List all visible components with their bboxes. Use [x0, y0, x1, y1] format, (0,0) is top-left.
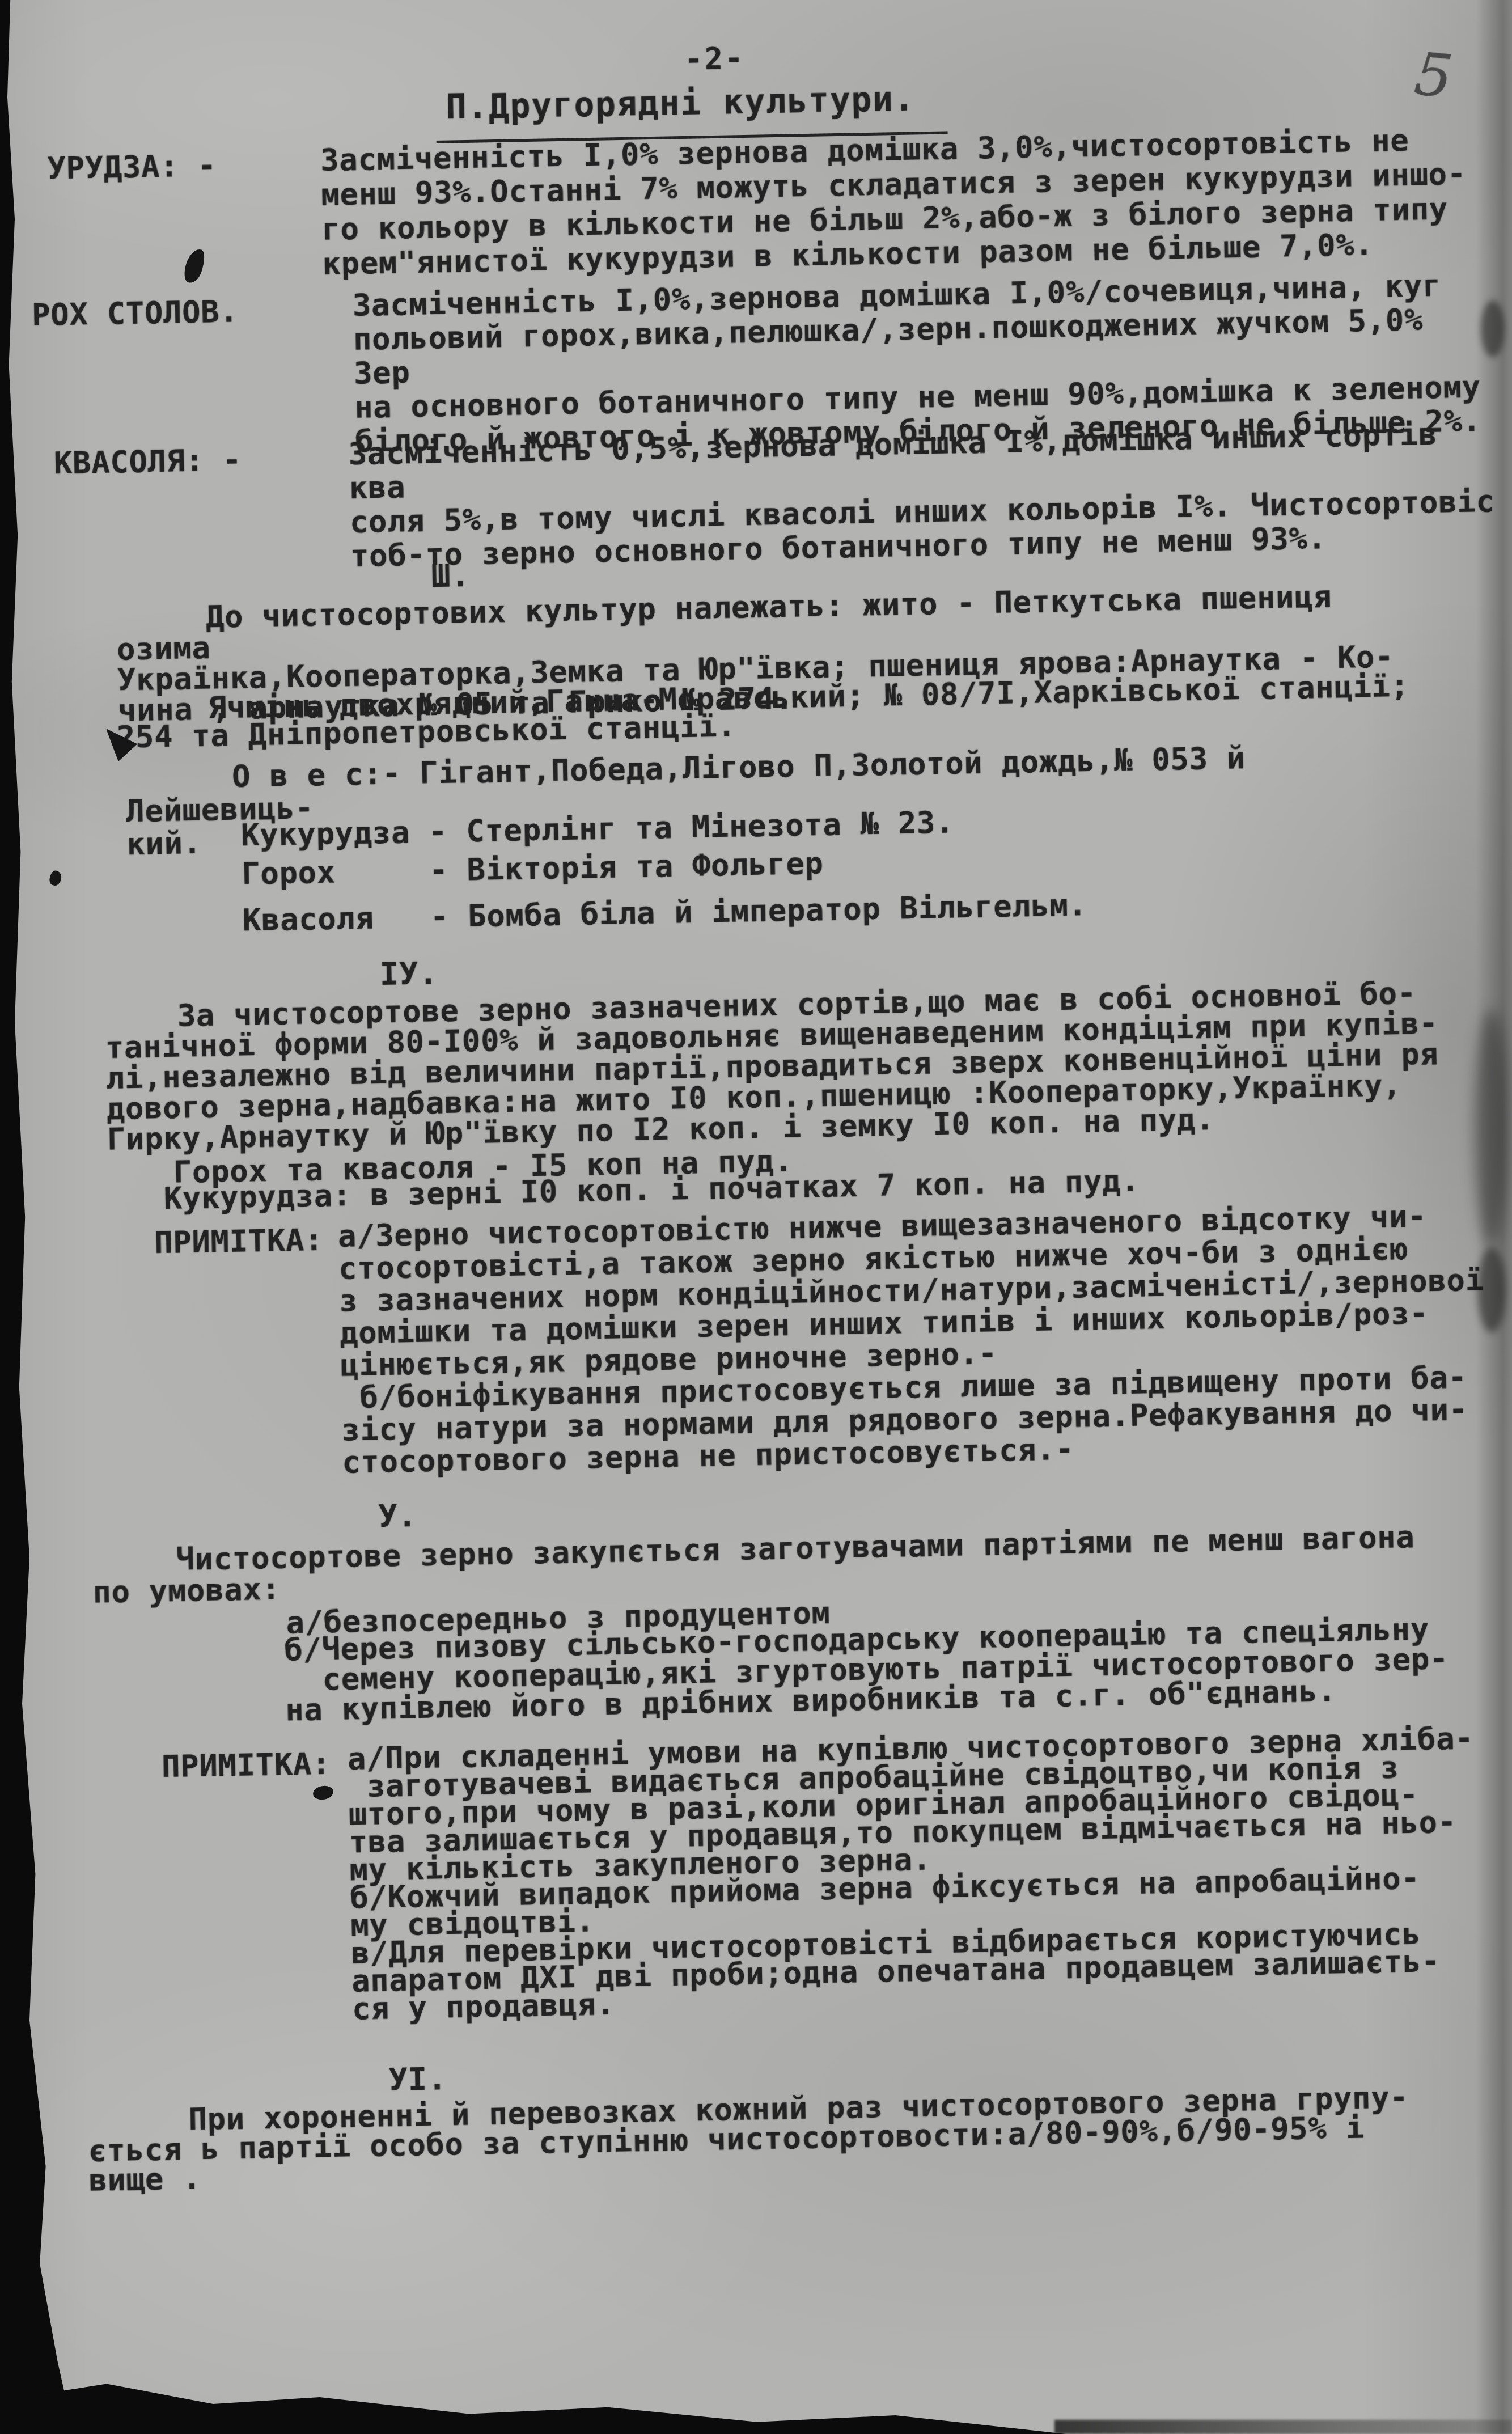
paragraph-price-bonus: За чистосортове зерно зазначених сортів,… [104, 976, 1485, 1154]
scan-shade-right [1476, 0, 1512, 2434]
handwritten-page-mark: 5 [1412, 39, 1456, 112]
section-heading-3: Ш. [431, 558, 471, 594]
section-heading-6: УІ. [388, 2062, 447, 2097]
section-heading-4: ІУ. [379, 956, 438, 992]
document-scan: -2- 5 П.Другорядні культури. УРУДЗА: - З… [0, 0, 1512, 2434]
crop-entry-text-corn: Засміченність I,0% зернова домішка 3,0%,… [320, 121, 1496, 281]
note-1-label: ПРИМІТКА: [154, 1222, 324, 1260]
page-number: -2- [684, 41, 746, 77]
page-title: П.Другорядні культури. [446, 81, 916, 125]
variety-line-beans: Квасоля - Бомба біла й імператор Вільгел… [242, 887, 1087, 937]
section-heading-5: У. [378, 1499, 418, 1534]
typewritten-text-layer: -2- 5 П.Другорядні культури. УРУДЗА: - З… [0, 0, 1512, 2433]
crop-entry-text-beans: Засміченність 0,5%,зернова домішка I%,до… [348, 416, 1501, 573]
crop-entry-label-beans: КВАСОЛЯ: - [53, 442, 242, 480]
term-paragraph-b: б/Через пизову сільсько-господарську коо… [284, 1612, 1488, 1725]
paragraph-storage-grouping: При хороненні й перевозках кожний раз чи… [87, 2081, 1511, 2195]
note-1-text: а/Зерно чистосортовістю нижче вищезазнач… [338, 1199, 1493, 1478]
scan-edge-bottom-right [1054, 2420, 1512, 2434]
note-2-label: ПРИМІТКА: [162, 1746, 331, 1784]
document-page: -2- 5 П.Другорядні культури. УРУДЗА: - З… [0, 0, 1512, 2434]
crop-entry-label-table-peas: РОХ СТОЛОВ. [32, 294, 239, 332]
paragraph-purchase-terms: Чистосортове зерно закупється заготувача… [92, 1519, 1488, 1607]
note-2-text: а/При складенні умови на купівлю чистосо… [347, 1724, 1512, 2023]
crop-entry-label-corn: УРУДЗА: - [47, 148, 217, 185]
